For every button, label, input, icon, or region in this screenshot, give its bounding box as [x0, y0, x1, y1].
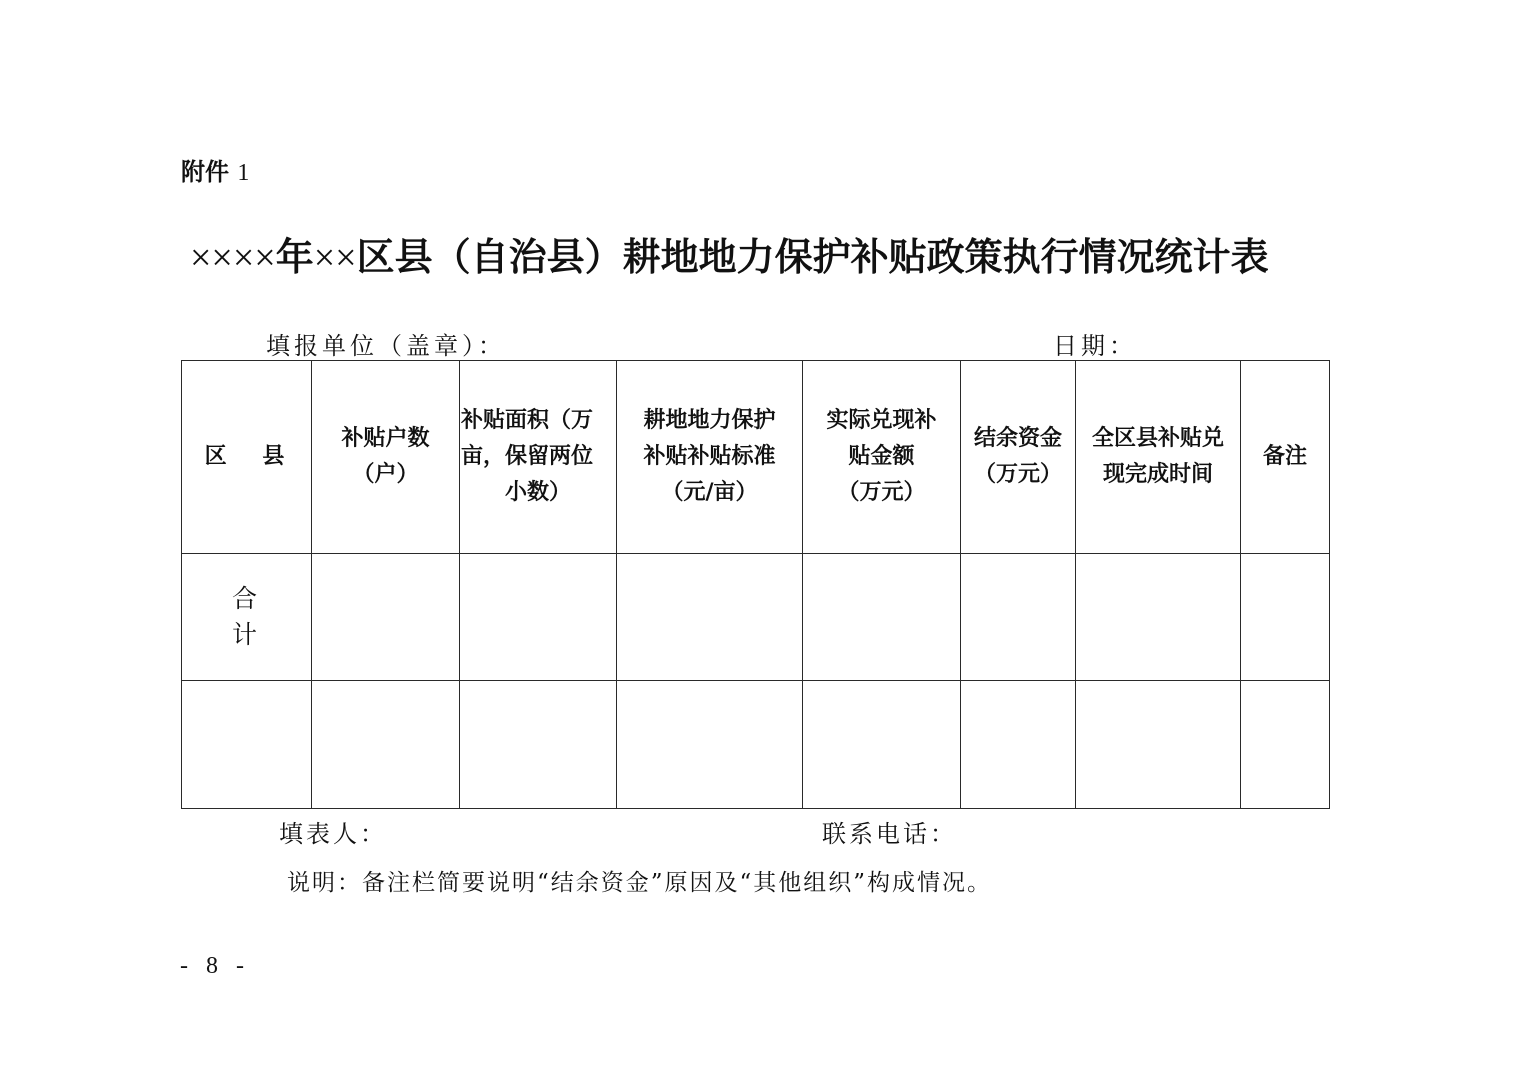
- contact-phone-label: 联系电话：: [822, 814, 957, 849]
- table-cell[interactable]: [617, 681, 803, 809]
- table-row-total: 合计: [182, 554, 1330, 681]
- table-cell[interactable]: [1076, 554, 1241, 681]
- header-subsidy-area: 补贴面积（万 亩，保留两位 小数）: [460, 361, 617, 554]
- title-year-placeholder: ××××: [190, 237, 276, 279]
- table-cell[interactable]: [617, 554, 803, 681]
- table-cell[interactable]: [961, 681, 1076, 809]
- table-cell[interactable]: [1241, 681, 1330, 809]
- statistics-table: 区 县 补贴户数 （户） 补贴面积（万 亩，保留两位 小数） 耕地地力保护 补贴…: [181, 360, 1330, 809]
- filler-label: 填表人：: [279, 814, 387, 849]
- table-row: [182, 681, 1330, 809]
- table-cell[interactable]: [312, 681, 460, 809]
- title-region-placeholder: ××: [314, 237, 357, 279]
- header-subsidy-standard: 耕地地力保护 补贴补贴标准 （元/亩）: [617, 361, 803, 554]
- header-remaining-funds: 结余资金 （万元）: [961, 361, 1076, 554]
- header-actual-payout: 实际兑现补 贴金额 （万元）: [803, 361, 961, 554]
- page-number: - 8 -: [180, 953, 250, 980]
- table-header-row: 区 县 补贴户数 （户） 补贴面积（万 亩，保留两位 小数） 耕地地力保护 补贴…: [182, 361, 1330, 554]
- table-cell[interactable]: [182, 681, 312, 809]
- header-household-count: 补贴户数 （户）: [312, 361, 460, 554]
- attachment-number: 1: [237, 160, 249, 186]
- table-cell[interactable]: [460, 681, 617, 809]
- table-cell[interactable]: [803, 554, 961, 681]
- title-year-char: 年: [276, 234, 314, 279]
- header-region: 区 县: [182, 361, 312, 554]
- table-cell[interactable]: [1076, 681, 1241, 809]
- table-cell[interactable]: [1241, 554, 1330, 681]
- title-text: 区县（自治县）耕地地力保护补贴政策执行情况统计表: [357, 234, 1269, 279]
- header-remarks: 备注: [1241, 361, 1330, 554]
- attachment-label: 附件 1: [181, 152, 249, 187]
- table-cell[interactable]: [460, 554, 617, 681]
- table-cell[interactable]: [312, 554, 460, 681]
- date-label: 日期：: [1053, 326, 1137, 361]
- table-cell[interactable]: [803, 681, 961, 809]
- total-label: 合计: [182, 554, 312, 681]
- reporting-unit-label: 填报单位（盖章）：: [266, 326, 506, 361]
- attachment-text: 附件: [181, 158, 229, 186]
- table-cell[interactable]: [961, 554, 1076, 681]
- page-title: ××××年××区县（自治县）耕地地力保护补贴政策执行情况统计表: [190, 226, 1315, 281]
- explanation-note: 说明：备注栏简要说明“结余资金”原因及“其他组织”构成情况。: [287, 864, 992, 897]
- header-completion-time: 全区县补贴兑 现完成时间: [1076, 361, 1241, 554]
